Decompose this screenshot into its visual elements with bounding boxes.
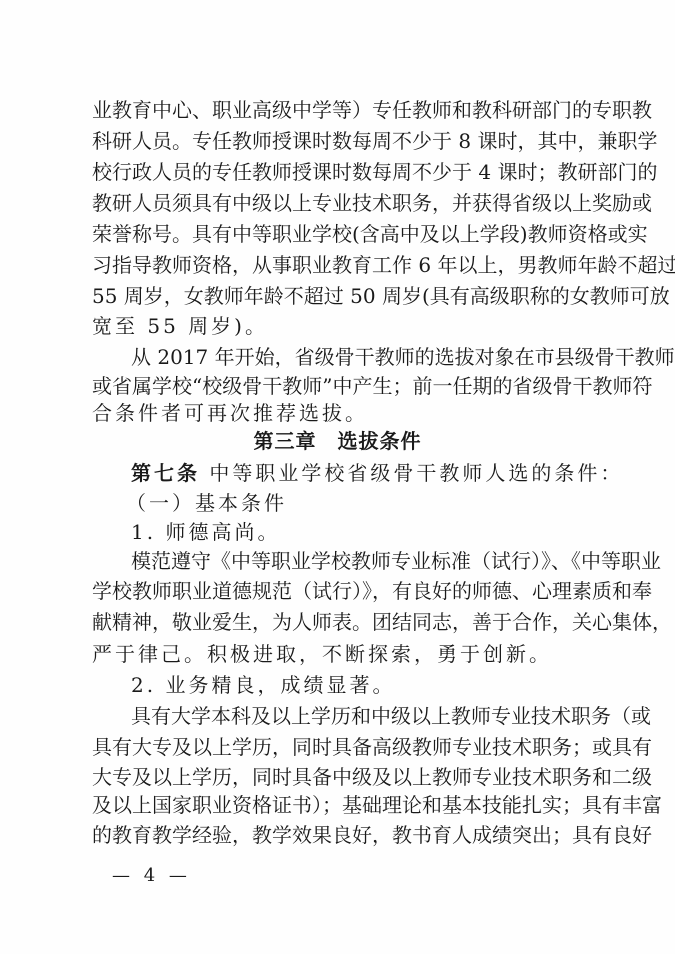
- body-line: 习指导教师资格，从事职业教育工作 6 年以上，男教师年龄不超过: [92, 250, 585, 280]
- body-line: 的教育教学经验，教学效果良好，教书育人成绩突出；具有良好: [92, 820, 585, 850]
- body-line: 学校教师职业道德规范（试行）》，有良好的师德、心理素质和奉: [92, 576, 585, 606]
- section-heading: （一）基本条件: [126, 488, 619, 518]
- paragraph-first-line: 模范遵守《中等职业学校教师专业标准（试行）》、《中等职业: [131, 546, 585, 576]
- article-line: 第七条 中等职业学校省级骨干教师人选的条件：: [131, 458, 585, 488]
- paragraph-first-line: 从 2017 年开始，省级骨干教师的选拔对象在市县级骨干教师: [131, 342, 585, 372]
- body-line: 严于律己。积极进取，不断探索，勇于创新。: [92, 639, 585, 669]
- item-heading: 2. 业务精良，成绩显著。: [131, 670, 585, 700]
- body-line: 业教育中心、职业高级中学等）专任教师和教科研部门的专职教: [92, 95, 585, 125]
- document-page: 业教育中心、职业高级中学等）专任教师和教科研部门的专职教 科研人员。专任教师授课…: [0, 0, 675, 954]
- body-line: 或省属学校“校级骨干教师”中产生；前一任期的省级骨干教师符: [92, 371, 585, 401]
- body-line: 宽至 55 周岁)。: [92, 311, 585, 341]
- body-line: 献精神，敬业爱生，为人师表。团结同志，善于合作，关心集体，: [92, 607, 585, 637]
- page-number: — 4 —: [112, 862, 191, 890]
- paragraph-first-line: 具有大学本科及以上学历和中级以上教师专业技术职务（或: [131, 701, 585, 731]
- body-line: 教研人员须具有中级以上专业技术职务，并获得省级以上奖励或: [92, 188, 585, 218]
- item-heading: 1. 师德高尚。: [131, 517, 585, 547]
- body-line: 55 周岁，女教师年龄不超过 50 周岁(具有高级职称的女教师可放: [92, 281, 585, 311]
- body-line: 校行政人员的专任教师授课时数每周不少于 4 课时；教研部门的: [92, 157, 585, 187]
- body-line: 荣誉称号。具有中等职业学校(含高中及以上学段)教师资格或实: [92, 219, 585, 249]
- body-line: 具有大专及以上学历，同时具备高级教师专业技术职务；或具有: [92, 732, 585, 762]
- chapter-heading: 第三章 选拔条件: [0, 426, 675, 456]
- article-label: 第七条: [131, 461, 200, 485]
- body-line: 合条件者可再次推荐选拔。: [92, 398, 585, 428]
- body-line: 及以上国家职业资格证书）；基础理论和基本技能扎实；具有丰富: [92, 790, 585, 820]
- body-line: 大专及以上学历，同时具备中级及以上教师专业技术职务和二级: [92, 762, 585, 792]
- body-line: 科研人员。专任教师授课时数每周不少于 8 课时，其中，兼职学: [92, 126, 585, 156]
- article-text: 中等职业学校省级骨干教师人选的条件：: [200, 461, 623, 485]
